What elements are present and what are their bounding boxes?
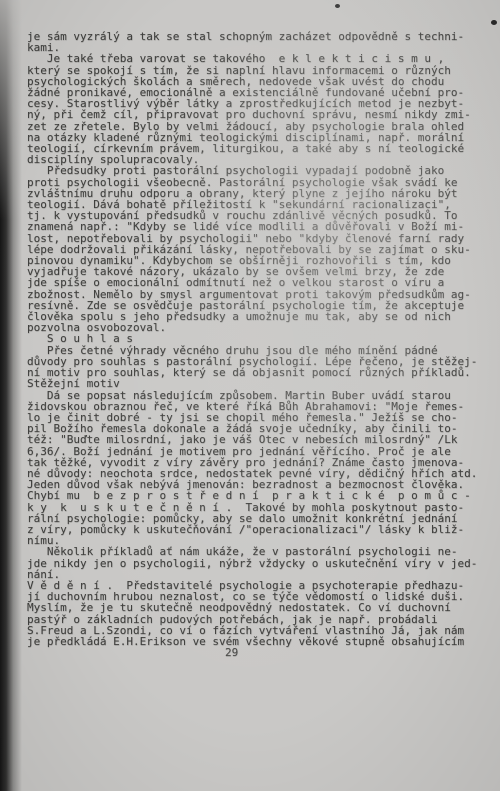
paragraph-eclecticism: Je také třeba varovat se takového e k l … (27, 53, 482, 165)
subheading-stezejni-motiv: Stěžejní motiv (27, 378, 482, 389)
paragraph-examples-intro: Několik příkladů ať nám ukáže, že v past… (27, 546, 482, 580)
paragraph-prejudices: Předsudky proti pastorální psychologii v… (27, 165, 482, 333)
section-heading-souhlas: S o u h l a s (27, 333, 482, 344)
paragraph-agreement: Přes četné výhrady věcného druhu jsou dl… (27, 345, 482, 379)
scanned-document-page: je sám vyzrálý a tak se stal schopným za… (0, 0, 500, 791)
paragraph-vedeni: V ě d ě n í . Představitelé psychologie … (27, 580, 482, 647)
paragraph-buber-quote: Dá se popsat následujícím způsobem. Mart… (27, 390, 482, 547)
page-number: 29 (225, 647, 482, 658)
page-text-column: je sám vyzrálý a tak se stal schopným za… (0, 0, 500, 658)
paragraph-techniques: je sám vyzrálý a tak se stal schopným za… (27, 31, 482, 53)
